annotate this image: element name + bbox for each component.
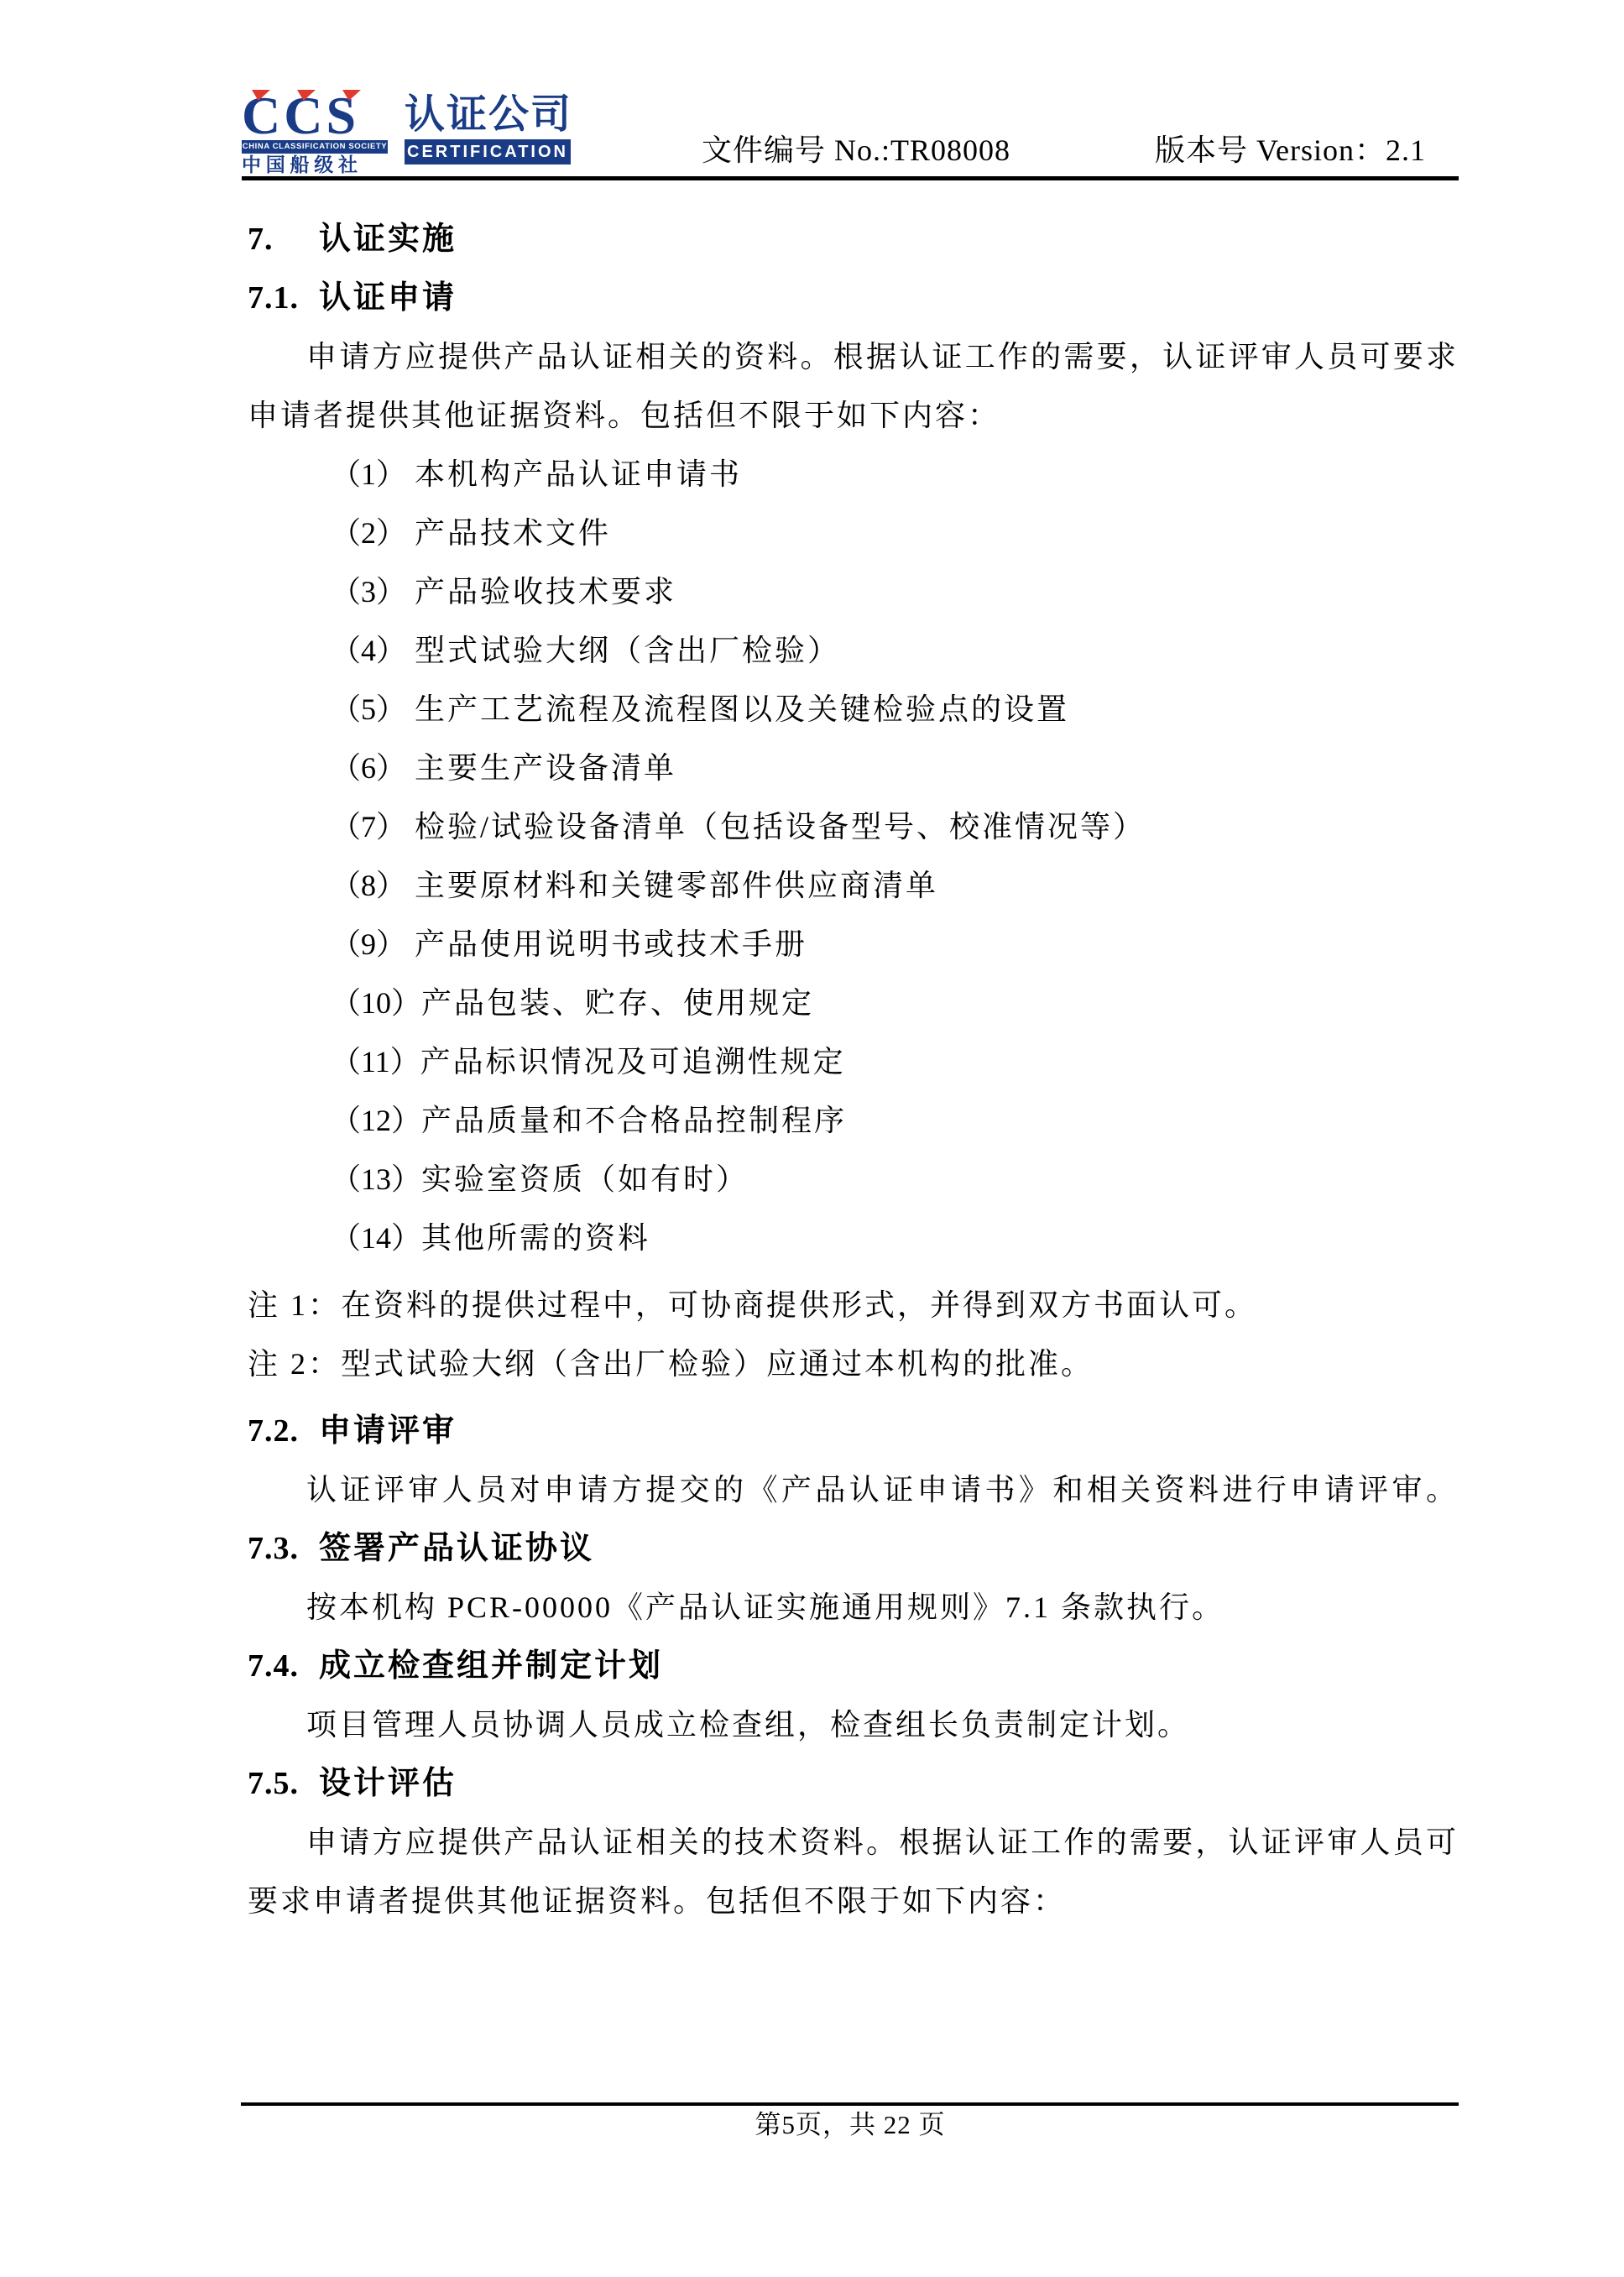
list-item: （13）实验室资质（如有时） xyxy=(248,1150,1459,1209)
section-heading-7-5: 7.5.设计评估 xyxy=(248,1754,1459,1813)
heading-number: 7. xyxy=(248,210,319,269)
heading-number: 7.4. xyxy=(248,1637,319,1695)
list-item-text: 产品验收技术要求 xyxy=(415,575,676,608)
list-item-number: （13） xyxy=(331,1150,421,1209)
header-rule xyxy=(242,176,1459,180)
list-item-text: 产品技术文件 xyxy=(415,516,611,550)
list-item-text: 产品使用说明书或技术手册 xyxy=(415,927,807,961)
list-item: （9）产品使用说明书或技术手册 xyxy=(248,915,1459,974)
heading-title: 认证申请 xyxy=(319,280,457,316)
version-number: 版本号 Version：2.1 xyxy=(1155,133,1426,168)
list-item-text: 主要生产设备清单 xyxy=(415,751,676,785)
list-item-text: 检验/试验设备清单（包括设备型号、校准情况等） xyxy=(415,810,1146,843)
ccs-logo-right: 认证公司 CERTIFICATION xyxy=(405,94,571,165)
document-body: 7.认证实施 7.1.认证申请 申请方应提供产品认证相关的资料。根据认证工作的需… xyxy=(248,210,1459,1930)
section-heading-7-1: 7.1.认证申请 xyxy=(248,269,1459,327)
paragraph-line: 要求申请者提供其他证据资料。包括但不限于如下内容： xyxy=(248,1872,1459,1930)
society-name-cn: 中 国 船 级 社 xyxy=(242,155,388,175)
list-item-number: （9） xyxy=(331,915,415,974)
list-item-number: （3） xyxy=(331,562,415,621)
list-item-number: （2） xyxy=(331,504,415,562)
list-item-number: （12） xyxy=(331,1091,421,1150)
list-item: （11）产品标识情况及可追溯性规定 xyxy=(248,1032,1459,1091)
list-item-text: 生产工艺流程及流程图以及关键检验点的设置 xyxy=(415,692,1069,726)
ccs-logo: CCS CHINA CLASSIFICATION SOCIETY 中 国 船 级… xyxy=(242,94,571,171)
heading-number: 7.2. xyxy=(248,1402,319,1460)
list-item-number: （4） xyxy=(331,621,415,680)
heading-number: 7.5. xyxy=(248,1754,319,1813)
note-line: 注 1：在资料的提供过程中，可协商提供形式，并得到双方书面认可。 xyxy=(248,1276,1459,1334)
list-item-text: 产品包装、贮存、使用规定 xyxy=(421,986,814,1020)
company-name-cn: 认证公司 xyxy=(405,94,571,136)
paragraph-line: 申请方应提供产品认证相关的技术资料。根据认证工作的需要，认证评审人员可 xyxy=(248,1813,1459,1872)
ccs-logo-left: CCS CHINA CLASSIFICATION SOCIETY 中 国 船 级… xyxy=(242,94,388,175)
list-item: （7）检验/试验设备清单（包括设备型号、校准情况等） xyxy=(248,797,1459,856)
list-item: （1）本机构产品认证申请书 xyxy=(248,445,1459,504)
paragraph-line: 项目管理人员协调人员成立检查组，检查组长负责制定计划。 xyxy=(248,1695,1459,1754)
ccs-wordmark: CCS xyxy=(242,94,388,138)
list-item: （12）产品质量和不合格品控制程序 xyxy=(248,1091,1459,1150)
list-item-number: （7） xyxy=(331,797,415,856)
note-line: 注 2：型式试验大纲（含出厂检验）应通过本机构的批准。 xyxy=(248,1334,1459,1393)
list-item-number: （1） xyxy=(331,445,415,504)
list-item-text: 产品标识情况及可追溯性规定 xyxy=(420,1045,846,1078)
list-item: （4）型式试验大纲（含出厂检验） xyxy=(248,621,1459,680)
paragraph-line: 申请者提供其他证据资料。包括但不限于如下内容： xyxy=(248,386,1459,445)
heading-number: 7.1. xyxy=(248,269,319,327)
paragraph-line: 认证评审人员对申请方提交的《产品认证申请书》和相关资料进行申请评审。 xyxy=(248,1460,1459,1519)
list-item: （5）生产工艺流程及流程图以及关键检验点的设置 xyxy=(248,680,1459,739)
heading-title: 设计评估 xyxy=(319,1766,457,1801)
section-heading-7-4: 7.4.成立检查组并制定计划 xyxy=(248,1637,1459,1695)
list-item: （14）其他所需的资料 xyxy=(248,1209,1459,1267)
list-item-text: 主要原材料和关键零部件供应商清单 xyxy=(415,869,938,902)
list-item-text: 产品质量和不合格品控制程序 xyxy=(421,1104,847,1137)
footer-page-number: 第5页，共 22 页 xyxy=(242,2110,1459,2140)
list-item-number: （6） xyxy=(331,739,415,797)
heading-number: 7.3. xyxy=(248,1519,319,1578)
document-number: 文件编号 No.:TR08008 xyxy=(702,133,1010,168)
list-item-text: 型式试验大纲（含出厂检验） xyxy=(415,634,840,667)
list-item: （10）产品包装、贮存、使用规定 xyxy=(248,974,1459,1032)
section-heading-7-2: 7.2.申请评审 xyxy=(248,1402,1459,1460)
list-item-number: （8） xyxy=(331,856,415,915)
list-item-number: （10） xyxy=(331,974,421,1032)
list-item-number: （14） xyxy=(331,1209,421,1267)
list-item-text: 实验室资质（如有时） xyxy=(421,1162,749,1196)
list-item: （2）产品技术文件 xyxy=(248,504,1459,562)
list-item: （3）产品验收技术要求 xyxy=(248,562,1459,621)
list-item: （8）主要原材料和关键零部件供应商清单 xyxy=(248,856,1459,915)
list-item-text: 其他所需的资料 xyxy=(421,1221,650,1255)
section-heading-7-3: 7.3.签署产品认证协议 xyxy=(248,1519,1459,1578)
heading-title: 认证实施 xyxy=(319,222,457,257)
paragraph-line: 按本机构 PCR-00000《产品认证实施通用规则》7.1 条款执行。 xyxy=(248,1578,1459,1637)
paragraph-line: 申请方应提供产品认证相关的资料。根据认证工作的需要，认证评审人员可要求 xyxy=(248,327,1459,386)
footer-rule xyxy=(241,2102,1459,2106)
document-page: { "header": { "logo": { "ccs": "CCS", "s… xyxy=(0,0,1624,2277)
list-item: （6）主要生产设备清单 xyxy=(248,739,1459,797)
list-item-number: （5） xyxy=(331,680,415,739)
company-name-en: CERTIFICATION xyxy=(405,139,571,165)
list-item-number: （11） xyxy=(331,1032,420,1091)
heading-title: 成立检查组并制定计划 xyxy=(319,1648,663,1684)
heading-title: 签署产品认证协议 xyxy=(319,1531,594,1566)
list-item-text: 本机构产品认证申请书 xyxy=(415,457,742,491)
heading-title: 申请评审 xyxy=(319,1413,457,1449)
section-heading-7: 7.认证实施 xyxy=(248,210,1459,269)
